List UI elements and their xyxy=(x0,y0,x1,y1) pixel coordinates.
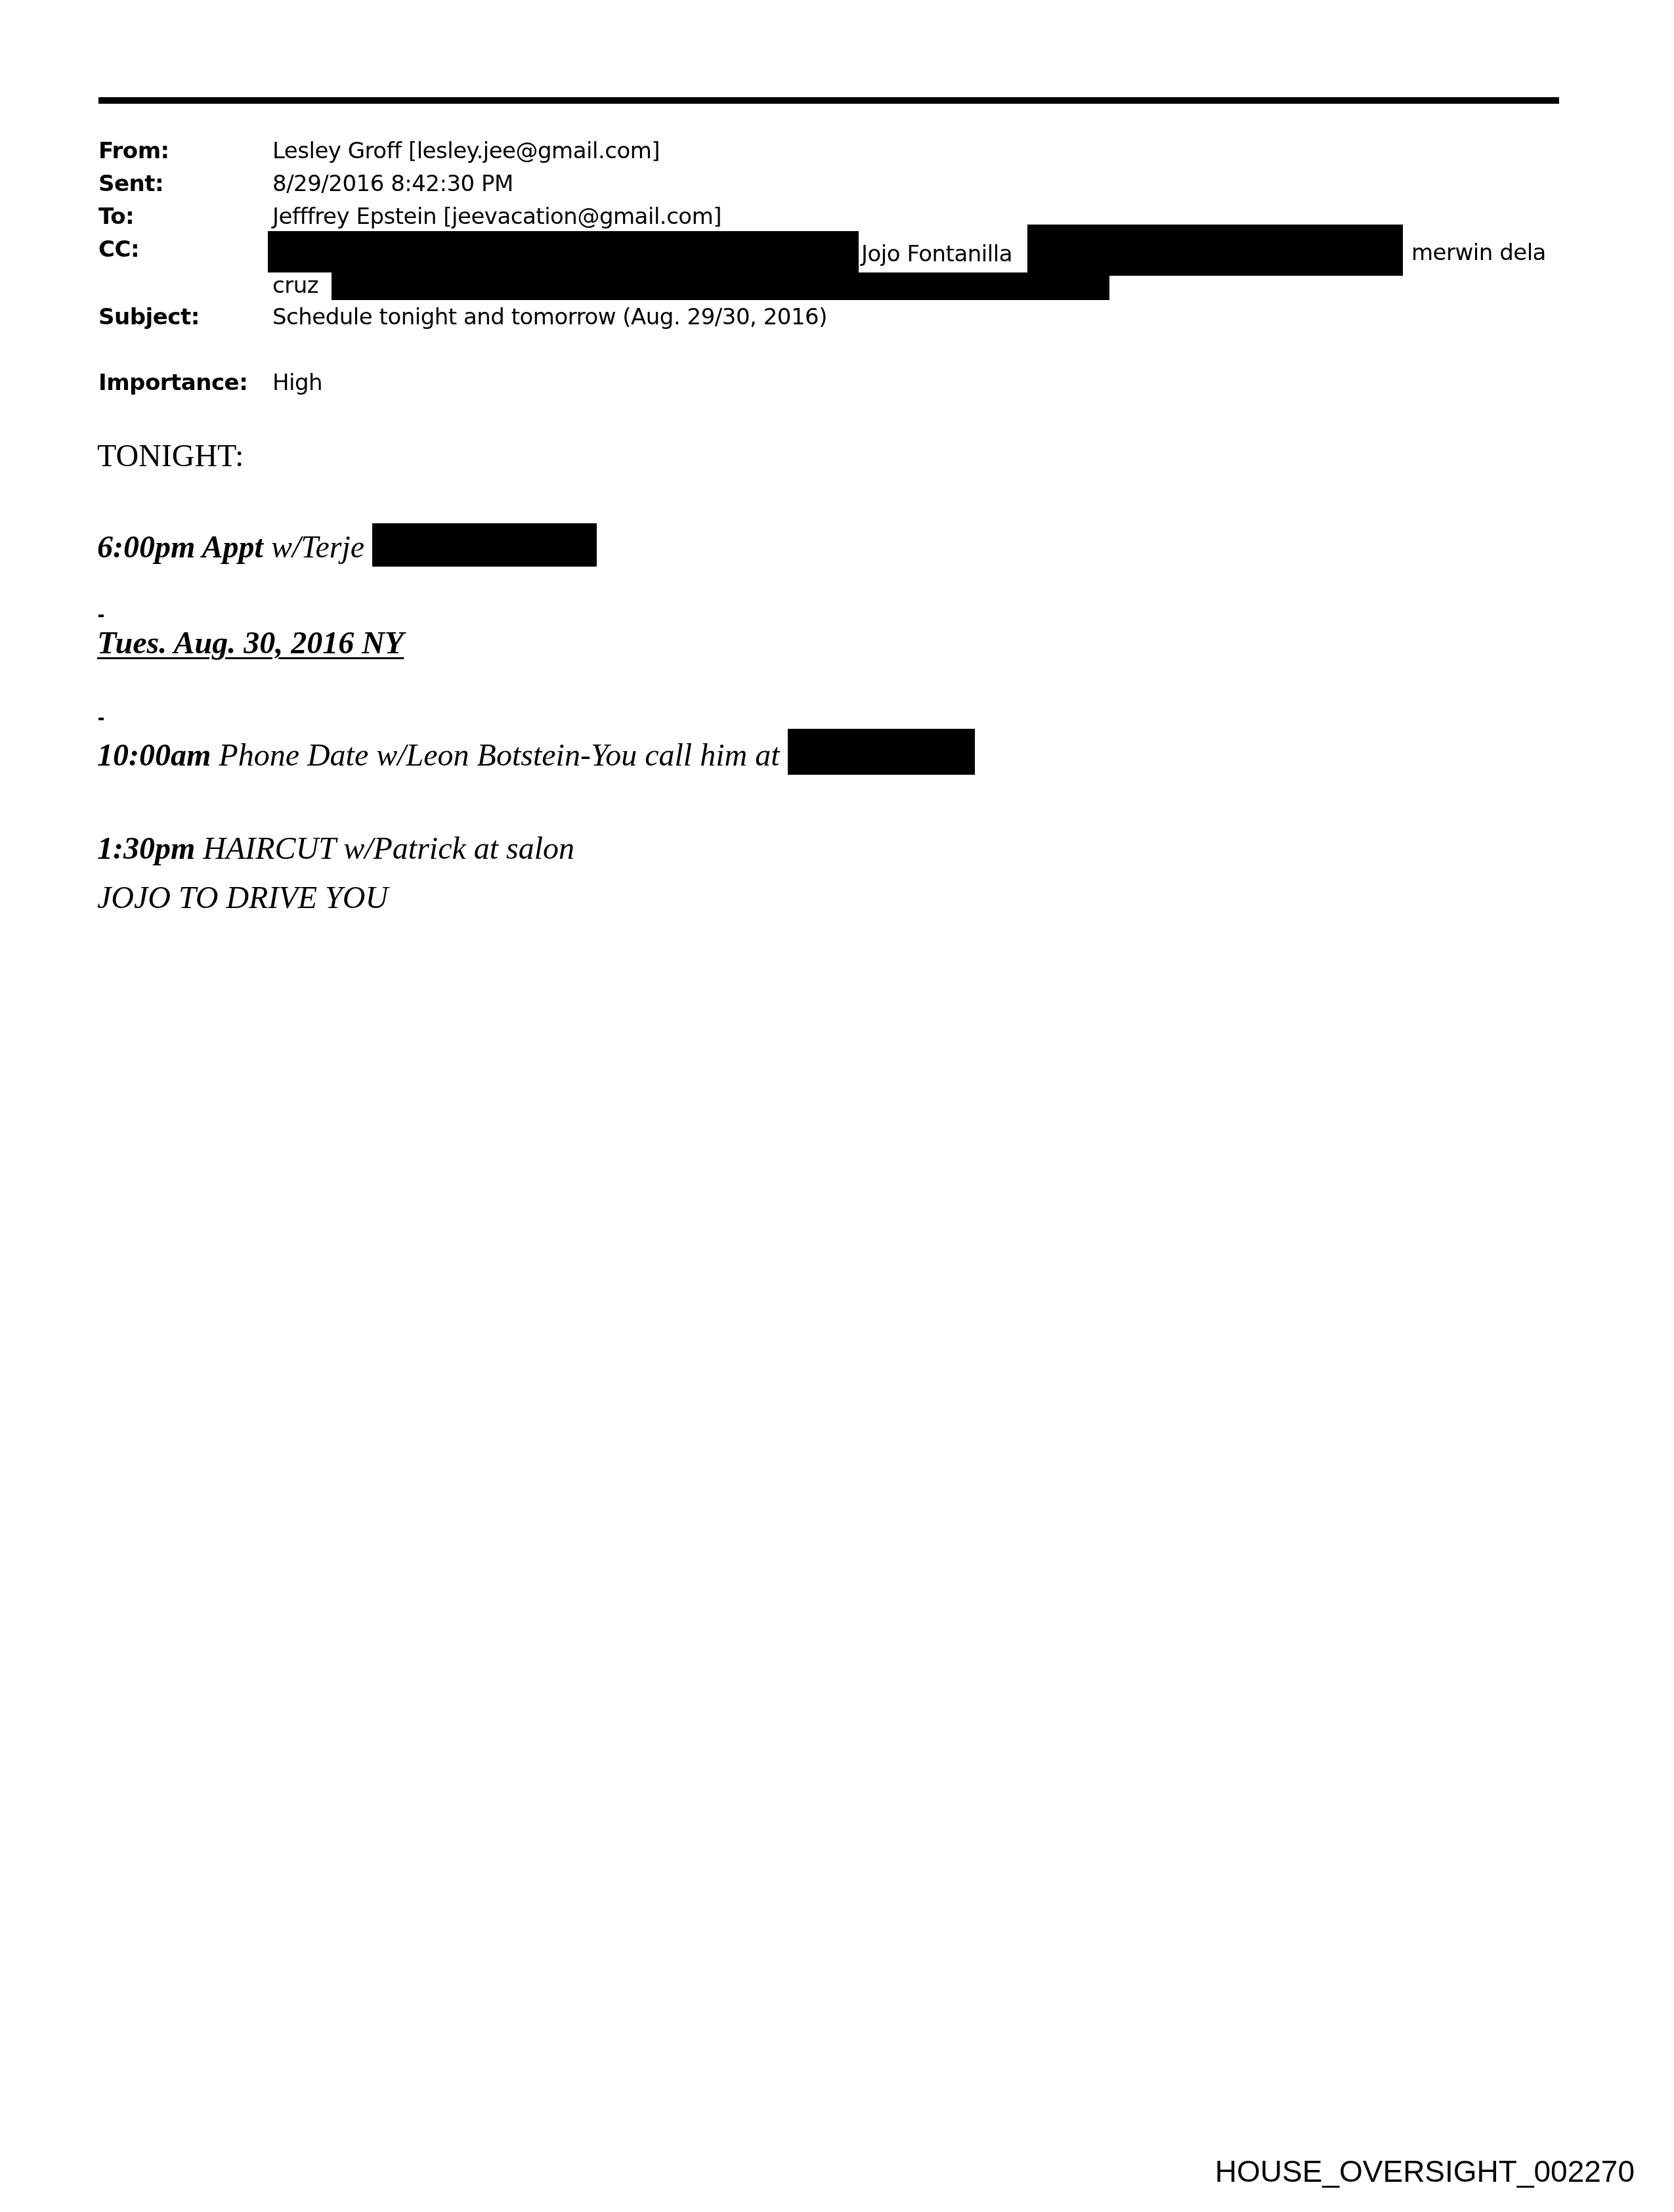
subject-label: Subject: xyxy=(98,301,200,334)
appointment-note: JOJO TO DRIVE YOU xyxy=(97,878,388,918)
separator-dash xyxy=(98,718,104,720)
appointment-text: HAIRCUT w/Patrick at salon xyxy=(195,831,574,866)
redaction-box xyxy=(1027,225,1403,276)
cc-name-merwin-cont: cruz xyxy=(272,269,318,302)
redaction-box xyxy=(268,231,859,272)
cc-name-jojo: Jojo Fontanilla xyxy=(861,238,1012,271)
appointment-6pm: 6:00pm Appt w/Terje xyxy=(97,523,597,567)
tonight-heading: TONIGHT: xyxy=(97,437,244,476)
appointment-130pm: 1:30pm HAIRCUT w/Patrick at salon xyxy=(97,829,574,869)
sent-value: 8/29/2016 8:42:30 PM xyxy=(272,167,513,200)
sent-label: Sent: xyxy=(98,167,163,200)
redaction-box xyxy=(372,523,597,567)
appointment-time: 1:30pm xyxy=(97,831,195,866)
appointment-10am: 10:00am Phone Date w/Leon Botstein-You c… xyxy=(97,729,975,775)
separator-dash xyxy=(98,615,104,617)
subject-value: Schedule tonight and tomorrow (Aug. 29/3… xyxy=(272,301,827,334)
from-label: From: xyxy=(98,135,169,167)
appointment-time: 6:00pm Appt xyxy=(97,530,263,565)
importance-value: High xyxy=(272,366,322,399)
cc-label: CC: xyxy=(98,233,139,266)
appointment-time: 10:00am xyxy=(97,738,211,773)
cc-name-merwin: merwin dela xyxy=(1411,236,1546,269)
header-rule xyxy=(98,97,1559,104)
to-label: To: xyxy=(98,200,134,233)
appointment-text: Phone Date w/Leon Botstein-You call him … xyxy=(211,738,787,773)
redaction-box xyxy=(788,729,975,775)
redaction-box xyxy=(332,272,1109,300)
appointment-text: w/Terje xyxy=(263,530,372,565)
bates-number: HOUSE_OVERSIGHT_002270 xyxy=(1215,2154,1635,2189)
day-heading: Tues. Aug. 30, 2016 NY xyxy=(97,624,404,663)
from-value: Lesley Groff [lesley.jee@gmail.com] xyxy=(272,135,660,167)
to-value: Jefffrey Epstein [jeevacation@gmail.com] xyxy=(272,200,721,233)
importance-label: Importance: xyxy=(98,366,247,399)
